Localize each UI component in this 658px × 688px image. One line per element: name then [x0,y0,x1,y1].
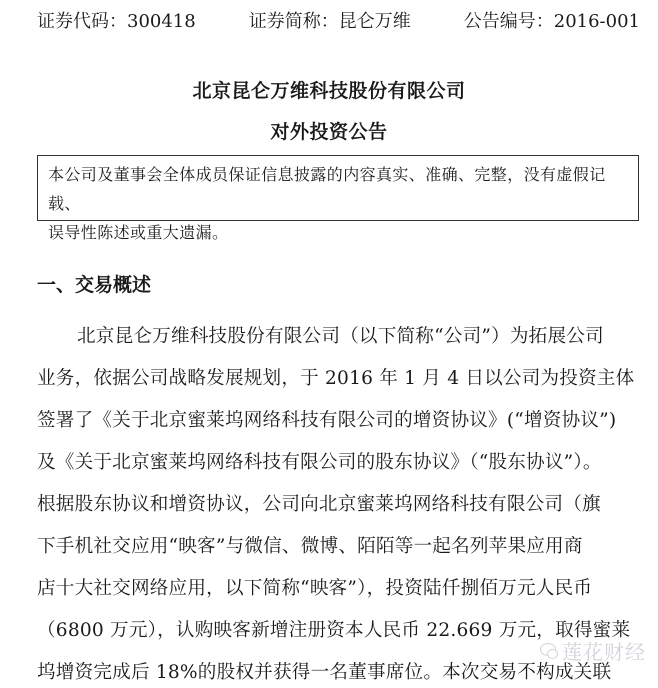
notice-line: 本公司及董事会全体成员保证信息披露的内容真实、准确、完整，没有虚假记载、 [48,160,628,218]
paragraph-line: 签署了《关于北京蜜莱坞网络科技有限公司的增资协议》(“增资协议”) [37,400,639,442]
stock-code: 证券代码：300418 [37,8,196,36]
announcement-number: 公告编号：2016-001 [464,8,640,36]
section-heading: 一、交易概述 [37,270,151,300]
paragraph-line: 店十大社交网络应用，以下简称“映客”），投资陆仟捌佰万元人民币 [37,568,639,610]
watermark-text: 莲花财经 [562,636,646,665]
watermark: 莲花财经 [540,636,646,665]
paragraph-line: 北京昆仑万维科技股份有限公司（以下简称“公司”）为拓展公司 [37,316,639,358]
section-paragraph: 北京昆仑万维科技股份有限公司（以下简称“公司”）为拓展公司 业务，依据公司战略发… [37,316,639,688]
paragraph-line: 及《关于北京蜜莱坞网络科技有限公司的股东协议》（“股东协议”）。 [37,442,639,484]
disclosure-notice-box: 本公司及董事会全体成员保证信息披露的内容真实、准确、完整，没有虚假记载、 误导性… [37,155,639,221]
paragraph-line: 业务，依据公司战略发展规划，于 2016 年 1 月 4 日以公司为投资主体 [37,358,639,400]
notice-line: 误导性陈述或重大遗漏。 [48,218,628,247]
document-title: 对外投资公告 [0,117,658,144]
company-name-title: 北京昆仑万维科技股份有限公司 [0,76,658,103]
paragraph-line: 根据股东协议和增资协议，公司向北京蜜莱坞网络科技有限公司（旗 [37,484,639,526]
document-header: 证券代码：300418 证券简称：昆仑万维 公告编号：2016-001 [37,8,640,36]
stock-abbreviation: 证券简称：昆仑万维 [249,8,411,36]
wechat-icon [540,643,558,659]
paragraph-line: 下手机社交应用“映客”与微信、微博、陌陌等一起名列苹果应用商 [37,526,639,568]
